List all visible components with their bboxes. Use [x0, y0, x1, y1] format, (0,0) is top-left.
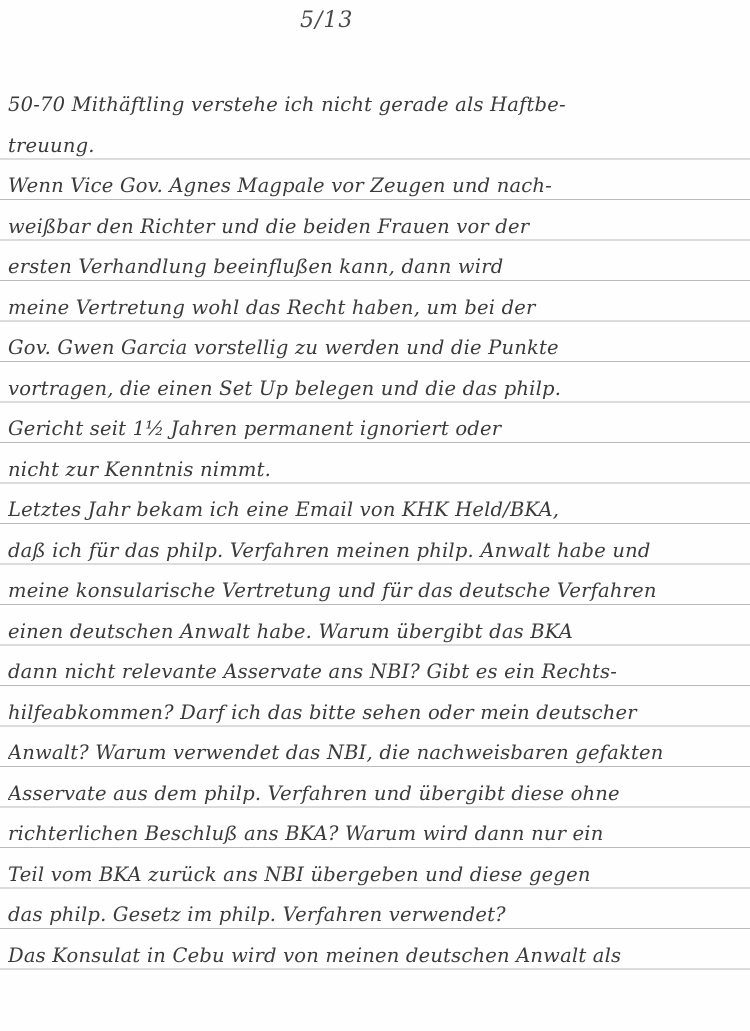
page-number: 5/13 — [300, 8, 353, 33]
text-line: Gericht seit 1½ Jahren permanent ignorie… — [8, 417, 738, 441]
text-line: Asservate aus dem philp. Verfahren und ü… — [8, 782, 738, 806]
text-line: dann nicht relevante Asservate ans NBI? … — [8, 660, 738, 684]
text-line: Gov. Gwen Garcia vorstellig zu werden un… — [8, 336, 738, 360]
text-line: vortragen, die einen Set Up belegen und … — [8, 377, 738, 401]
handwritten-letter-page: 5/13 50-70 Mithäftling verstehe ich nich… — [0, 0, 750, 1031]
text-line: nicht zur Kenntnis nimmt. — [8, 458, 738, 482]
text-line: meine konsularische Vertretung und für d… — [8, 579, 738, 603]
text-line: Anwalt? Warum verwendet das NBI, die nac… — [8, 741, 738, 765]
text-line: Das Konsulat in Cebu wird von meinen deu… — [8, 944, 738, 968]
text-line: Teil vom BKA zurück ans NBI übergeben un… — [8, 863, 738, 887]
text-line: daß ich für das philp. Verfahren meinen … — [8, 539, 738, 563]
text-line: weißbar den Richter und die beiden Fraue… — [8, 215, 738, 239]
text-line: ersten Verhandlung beeinflußen kann, dan… — [8, 255, 738, 279]
text-line: 50-70 Mithäftling verstehe ich nicht ger… — [8, 93, 738, 117]
text-line: hilfeabkommen? Darf ich das bitte sehen … — [8, 701, 738, 725]
text-line: treuung. — [8, 134, 738, 158]
text-line: Wenn Vice Gov. Agnes Magpale vor Zeugen … — [8, 174, 738, 198]
text-line: Letztes Jahr bekam ich eine Email von KH… — [8, 498, 738, 522]
text-line: richterlichen Beschluß ans BKA? Warum wi… — [8, 822, 738, 846]
text-line: meine Vertretung wohl das Recht haben, u… — [8, 296, 738, 320]
text-line: einen deutschen Anwalt habe. Warum überg… — [8, 620, 738, 644]
text-line: das philp. Gesetz im philp. Verfahren ve… — [8, 903, 738, 927]
